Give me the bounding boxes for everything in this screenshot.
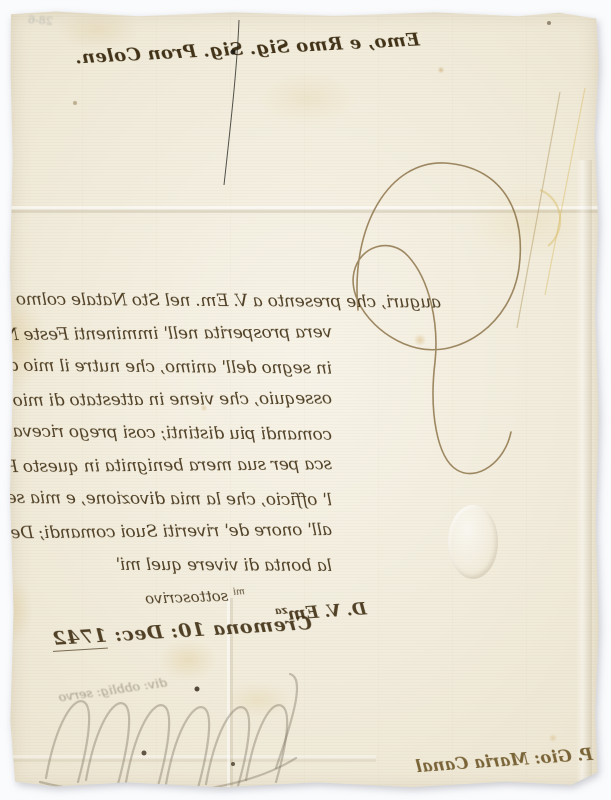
manuscript-line: sca per sua mera benignita in questo Riv… [8,454,332,477]
manuscript-line: ossequio, che viene in attestato di mio … [8,389,332,412]
hairline-crack [224,20,239,185]
scratch-line [545,88,585,295]
manuscript-line: vera prosperita nell' imminenti Feste Na… [8,322,332,345]
manuscript-line: l' officio, che la mia divozione, e mia … [8,488,340,511]
manuscript-line: all' onore de' riveriti Suoi comandi; De… [8,520,332,544]
manuscript-line: comandi piu distinti; cosi prego riceva [8,421,344,445]
foxing-specks [8,10,10,12]
stain-ring [540,190,560,246]
letter-sheet: 28-6 Emo, e Rmo Sig. Sig. Pron Colen. [8,10,601,791]
closing-text: sottoscrivo [145,587,229,608]
manuscript-line: la bonta di vivere quel mi' [8,554,336,576]
pen-flourish [353,163,520,474]
closing-superscript: mi [233,586,245,597]
manuscript-line: auguri, che presento a V. Em. nel Sto Na… [8,289,441,312]
scratch-line [517,92,560,328]
manuscript-line: in segno dell' animo, che nutre il mio d… [8,355,338,378]
closing-word: mi sottoscrivo [145,586,246,607]
scan-background: 28-6 Emo, e Rmo Sig. Sig. Pron Colen. [0,0,611,800]
ink-dot [230,49,235,54]
dateline-year: 1742 [52,625,108,652]
